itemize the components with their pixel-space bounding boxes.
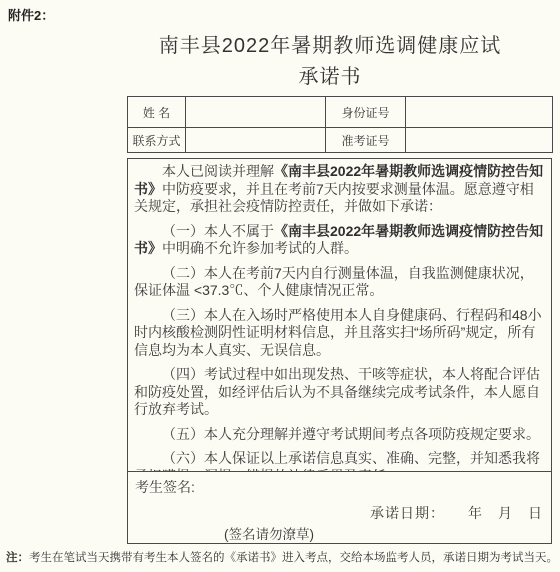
pledge-date-line[interactable]: 承诺日期： 年 月 日 <box>370 503 543 523</box>
name-label: 姓 名 <box>128 97 186 128</box>
pledge-item-2-text: （二）本人在考前7天内自行测量体温，自我监测健康状况，保证体温 <37.3℃、个… <box>134 265 534 299</box>
pledge-item-5: （五）本人充分理解并遵守考试期间考点各项防疫规定要求。 <box>134 426 545 444</box>
document-page: 附件2： 南丰县2022年暑期教师选调健康应试 承诺书 姓 名 身份证号 联系方… <box>0 0 560 572</box>
name-field[interactable] <box>186 97 326 128</box>
footnote-text: 考生在笔试当天携带有考生本人签名的《承诺书》进入考点，交给本场监考人员，承诺日期… <box>29 552 558 564</box>
pledge-item-1-pre: （一）本人不属于 <box>162 223 274 239</box>
document-title-line1: 南丰县2022年暑期教师选调健康应试 <box>100 31 560 62</box>
contact-field[interactable] <box>186 128 326 153</box>
pledge-item-1-post: 中明确不允许参加考试的人群。 <box>162 240 358 256</box>
id-number-label: 身份证号 <box>326 97 406 128</box>
table-row: 联系方式 准考证号 <box>128 128 553 153</box>
document-title-line2: 承诺书 <box>100 62 560 93</box>
pledge-intro-post: 中防疫要求，并且在考前7天内按要求测量体温。愿意遵守相关规定，承担社会疫情防控责… <box>134 181 534 215</box>
footnote-prefix: 注： <box>6 552 29 564</box>
pledge-intro-pre: 本人已阅读并理解 <box>162 163 274 179</box>
pledge-intro: 本人已阅读并理解《南丰县2022年暑期教师选调疫情防控告知书》中防疫要求，并且在… <box>134 163 545 216</box>
id-number-field[interactable] <box>406 97 553 128</box>
pledge-item-3-text: （三）本人在入场时严格使用本人自身健康码、行程码和48小时内核酸检测阴性证明材料… <box>134 307 542 358</box>
pledge-item-4-text: （四）考试过程中如出现发热、干咳等症状，本人将配合评估和防疫处置，如经评估后认为… <box>134 366 540 417</box>
pledge-item-6: （六）本人保证以上承诺信息真实、准确、完整，并知悉我将承担瞒报、漏报、错报的法律… <box>134 450 545 472</box>
table-row: 姓 名 身份证号 <box>128 97 553 128</box>
pledge-item-3: （三）本人在入场时严格使用本人自身健康码、行程码和48小时内核酸检测阴性证明材料… <box>134 307 545 360</box>
contact-label: 联系方式 <box>128 128 186 153</box>
signature-section: 考生签名: 承诺日期： 年 月 日 (签名请勿潦草) <box>128 472 551 542</box>
document-title: 南丰县2022年暑期教师选调健康应试 承诺书 <box>100 31 560 93</box>
footnote: 注：考生在笔试当天携带有考生本人签名的《承诺书》进入考点，交给本场监考人员，承诺… <box>6 551 556 565</box>
pledge-item-6-text: （六）本人保证以上承诺信息真实、准确、完整，并知悉我将承担瞒报、漏报、错报的法律… <box>134 450 540 472</box>
applicant-info-table: 姓 名 身份证号 联系方式 准考证号 <box>127 96 553 153</box>
pledge-item-1: （一）本人不属于《南丰县2022年暑期教师选调疫情防控告知书》中明确不允许参加考… <box>134 223 545 258</box>
pledge-item-5-text: （五）本人充分理解并遵守考试期间考点各项防疫规定要求。 <box>162 426 540 442</box>
signature-neatness-note: (签名请勿潦草) <box>224 523 314 543</box>
ticket-number-label: 准考证号 <box>326 128 406 153</box>
pledge-box: 本人已阅读并理解《南丰县2022年暑期教师选调疫情防控告知书》中防疫要求，并且在… <box>127 158 552 544</box>
attachment-label: 附件2： <box>8 5 54 24</box>
pledge-item-2: （二）本人在考前7天内自行测量体温，自我监测健康状况，保证体温 <37.3℃、个… <box>134 265 545 300</box>
pledge-item-4: （四）考试过程中如出现发热、干咳等症状，本人将配合评估和防疫处置，如经评估后认为… <box>134 366 545 419</box>
sign-label: 考生签名: <box>135 477 195 497</box>
ticket-number-field[interactable] <box>406 128 553 153</box>
pledge-text: 本人已阅读并理解《南丰县2022年暑期教师选调疫情防控告知书》中防疫要求，并且在… <box>128 159 551 472</box>
